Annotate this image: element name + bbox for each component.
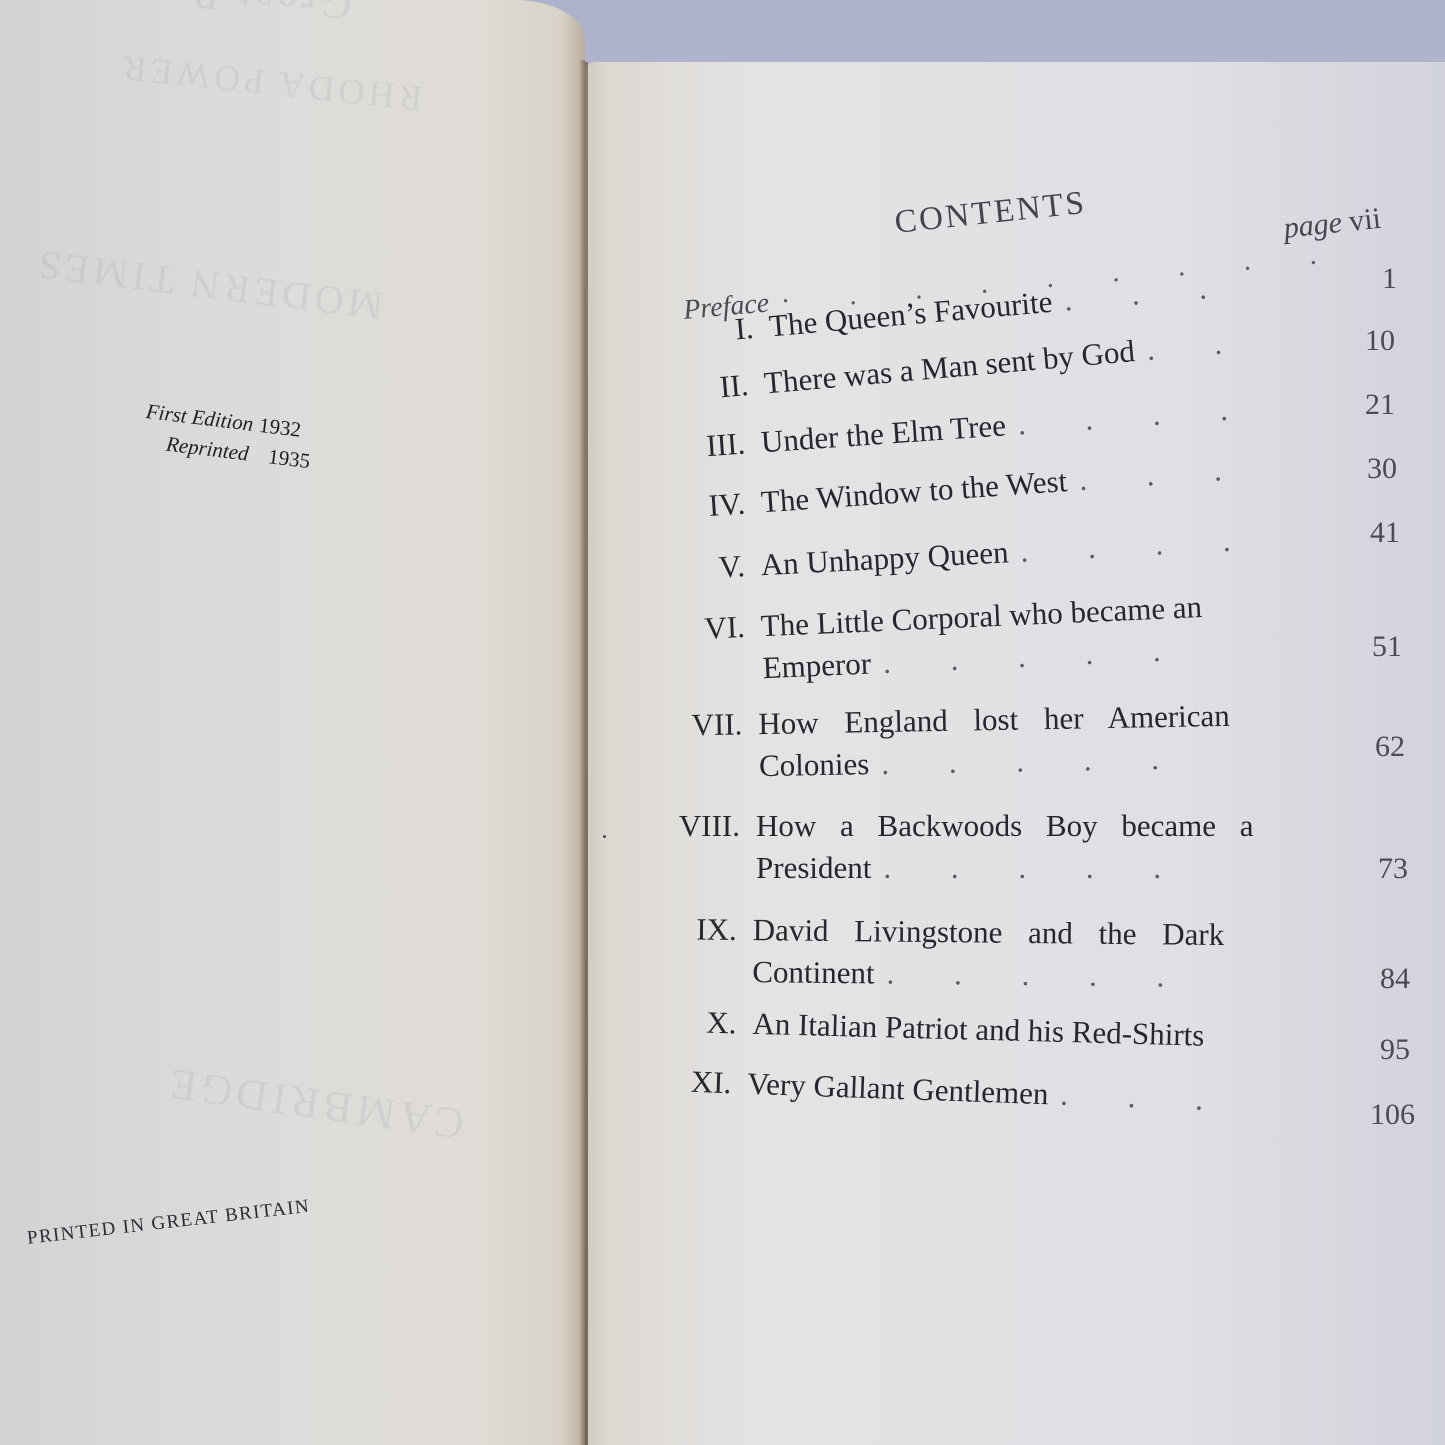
chapter-numeral: VI. [652,606,746,652]
preface-page-number: vii [1347,202,1382,238]
chapter-numeral: V. [652,548,746,589]
chapter-numeral: XI. [639,1062,732,1101]
page-number: 73 [1378,852,1408,886]
chapter-numeral: VII. [650,703,743,747]
entry-title: David Livingstone and the Dark [753,912,1225,952]
entry-title: Under the Elm Tree [760,407,1007,459]
continuation-text: Continent [752,954,875,990]
toc-entry[interactable]: IX.David Livingstone and the Dark Contin… [644,908,1224,998]
page-number: 84 [1380,962,1410,996]
page-number: 41 [1370,516,1400,550]
entry-title-continuation: Continent. . . . . [644,950,1224,998]
continuation-text: Colonies [759,746,870,783]
toc-entry[interactable]: X.An Italian Patriot and his Red-Shirts [644,1003,1205,1054]
page-number: 21 [1365,388,1395,422]
table-of-contents: CONTENTS page vii Preface· . . . . . . .… [0,0,1445,1445]
dot-leader: . . . . [1019,521,1257,568]
chapter-numeral: IV. [652,486,746,528]
toc-entry[interactable]: VII.How England lost her American Coloni… [650,695,1231,789]
dot-leader: . . . . [1017,390,1255,441]
toc-entry[interactable]: VIII.How a Backwoods Boy became a Presid… [648,805,1254,889]
page-number: 62 [1375,730,1405,764]
chapter-numeral: VIII. [648,805,740,847]
chapter-numeral: I. [660,310,755,354]
toc-entry[interactable]: VI.The Little Corporal who became an Emp… [652,586,1205,694]
chapter-numeral: III. [652,426,746,468]
dot-leader: . . . [1078,450,1249,497]
entry-title: How England lost her American [758,698,1230,741]
toc-entry[interactable]: IV.The Window to the West. . . [652,450,1249,527]
chapter-numeral: IX. [645,908,737,951]
page-number: 106 [1370,1098,1415,1132]
entry-title: The Window to the West [760,463,1068,519]
page-number: 1 [1382,262,1397,296]
dot-leader: . . . . . [883,850,1187,885]
contents-heading: CONTENTS [893,185,1088,242]
page-number: 10 [1365,324,1395,358]
dot-leader: . . . [1060,1077,1230,1118]
page-number: 51 [1372,630,1402,664]
dot-leader: . . . . . [882,632,1187,680]
chapter-numeral: II. [655,367,750,411]
toc-entry[interactable]: XI.Very Gallant Gentlemen. . . [639,1062,1230,1119]
dot-leader: . . . . . [881,741,1185,781]
page-number: 30 [1367,452,1397,486]
chapter-numeral: X. [644,1003,737,1041]
entry-title: Very Gallant Gentlemen [747,1066,1049,1111]
continuation-text: Emperor [762,646,872,686]
toc-entry[interactable]: V.An Unhappy Queen. . . . [652,521,1257,589]
entry-title-continuation: President. . . . . [648,847,1254,889]
entry-title: There was a Man sent by God [763,333,1137,400]
entry-title: An Unhappy Queen [760,534,1009,582]
dot-leader: . . [1145,323,1249,367]
continuation-text: President [756,850,871,885]
entry-title: How a Backwoods Boy became a [756,808,1254,843]
open-book-photo: Great Past RHODA POWER MODERN TIMES CAMB… [0,0,1445,1445]
dot-leader: . . . . . [886,956,1190,994]
page-number: 95 [1380,1033,1410,1067]
entry-title: An Italian Patriot and his Red-Shirts [752,1006,1205,1053]
